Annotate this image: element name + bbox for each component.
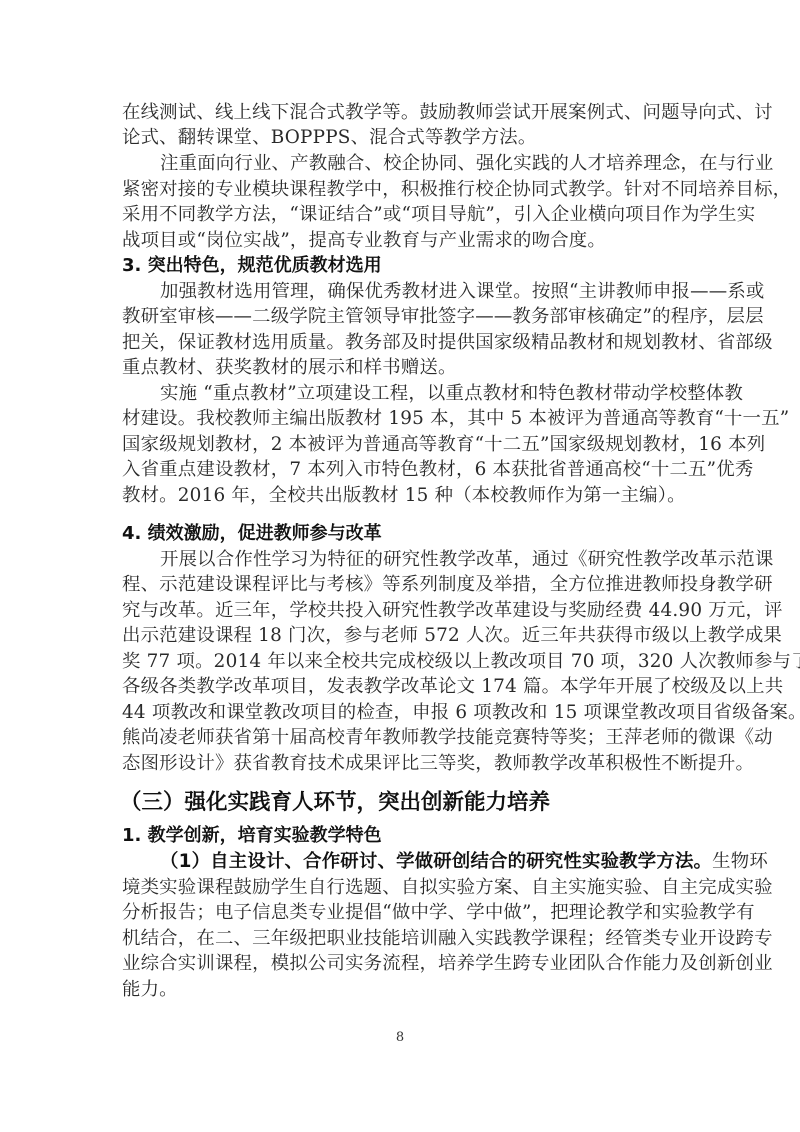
paragraph-line: 在线测试、线上线下混合式教学等。鼓励教师尝试开展案例式、问题导向式、讨: [122, 100, 678, 126]
paragraph-line: 奖 77 项。2014 年以来全校共完成校级以上教改项目 70 项，320 人次…: [122, 649, 678, 675]
paragraph-line: 紧密对接的专业模块课程教学中，积极推行校企协同式教学。针对不同培养目标，: [122, 177, 678, 203]
paragraph-line: 出示范建设课程 18 门次，参与老师 572 人次。近三年共获得市级以上教学成果: [122, 623, 678, 649]
paragraph-line: 各级各类教学改革项目，发表教学改革论文 174 篇。本学年开展了校级及以上共: [122, 674, 678, 700]
paragraph-line: 究与改革。近三年，学校共投入研究性教学改革建设与奖励经费 44.90 万元，评: [122, 598, 678, 624]
paragraph-line: 国家级规划教材，2 本被评为普通高等教育“十二五”国家级规划教材，16 本列: [122, 432, 678, 458]
paragraph-line: 材建设。我校教师主编出版教材 195 本，其中 5 本被评为普通高等教育“十一五…: [122, 406, 678, 432]
paragraph-line: 实施 “重点教材”立项建设工程，以重点教材和特色教材带动学校整体教: [122, 381, 678, 407]
item-tail-text: 生物环: [712, 851, 768, 872]
paragraph-line: 战项目或“岗位实战”，提高专业教育与产业需求的吻合度。: [122, 228, 678, 254]
part-heading: （三）强化实践育人环节，突出创新能力培养: [120, 787, 550, 819]
section-heading-3: 3. 突出特色，规范优质教材选用: [122, 253, 382, 279]
paragraph-line: 能力。: [122, 977, 678, 1003]
paragraph-line: 入省重点建设教材，7 本列入市特色教材，6 本获批省普通高校“十二五”优秀: [122, 457, 678, 483]
paragraph-line: 重点教材、获奖教材的展示和样书赠送。: [122, 355, 678, 381]
paragraph-line: （1）自主设计、合作研讨、学做研创结合的研究性实验教学方法。生物环: [122, 849, 678, 875]
paragraph-line: 分析报告；电子信息类专业提倡“做中学、学中做”，把理论教学和实验教学有: [122, 900, 678, 926]
paragraph-line: 教材。2016 年，全校共出版教材 15 种（本校教师作为第一主编）。: [122, 483, 678, 509]
paragraph-line: 教研室审核——二级学院主管领导审批签字——教务部审核确定”的程序，层层: [122, 304, 678, 330]
paragraph-line: 注重面向行业、产教融合、校企协同、强化实践的人才培养理念，在与行业: [122, 151, 678, 177]
page-number: 8: [390, 1030, 410, 1045]
document-page: 在线测试、线上线下混合式教学等。鼓励教师尝试开展案例式、问题导向式、讨 论式、翻…: [0, 0, 800, 1132]
paragraph-line: 熊尚凌老师获省第十届高校青年教师教学技能竞赛特等奖；王萍老师的微课《动: [122, 725, 678, 751]
paragraph-line: 业综合实训课程，模拟公司实务流程，培养学生跨专业团队合作能力及创新创业: [122, 951, 678, 977]
paragraph-line: 态图形设计》获省教育技术成果评比三等奖，教师教学改革积极性不断提升。: [122, 751, 678, 777]
paragraph-line: 44 项教改和课堂教改项目的检查，申报 6 项教改和 15 项课堂教改项目省级备…: [122, 700, 678, 726]
section-heading-4: 4. 绩效激励，促进教师参与改革: [122, 521, 382, 547]
paragraph-line: 加强教材选用管理，确保优秀教材进入课堂。按照“主讲教师申报——系或: [122, 279, 678, 305]
item-bold-lead: （1）自主设计、合作研讨、学做研创结合的研究性实验教学方法。: [160, 851, 712, 872]
paragraph-line: 把关，保证教材选用质量。教务部及时提供国家级精品教材和规划教材、省部级: [122, 330, 678, 356]
paragraph-line: 论式、翻转课堂、BOPPPS、混合式等教学方法。: [122, 125, 678, 151]
subsection-heading-1: 1. 教学创新，培育实验教学特色: [122, 823, 382, 849]
paragraph-line: 采用不同教学方法，“课证结合”或“项目导航”，引入企业横向项目作为学生实: [122, 202, 678, 228]
paragraph-line: 境类实验课程鼓励学生自行选题、自拟实验方案、自主实施实验、自主完成实验: [122, 875, 678, 901]
paragraph-line: 机结合，在二、三年级把职业技能培训融入实践教学课程；经管类专业开设跨专: [122, 926, 678, 952]
paragraph-line: 开展以合作性学习为特征的研究性教学改革，通过《研究性教学改革示范课: [122, 547, 678, 573]
paragraph-line: 程、示范建设课程评比与考核》等系列制度及举措，全方位推进教师投身教学研: [122, 572, 678, 598]
